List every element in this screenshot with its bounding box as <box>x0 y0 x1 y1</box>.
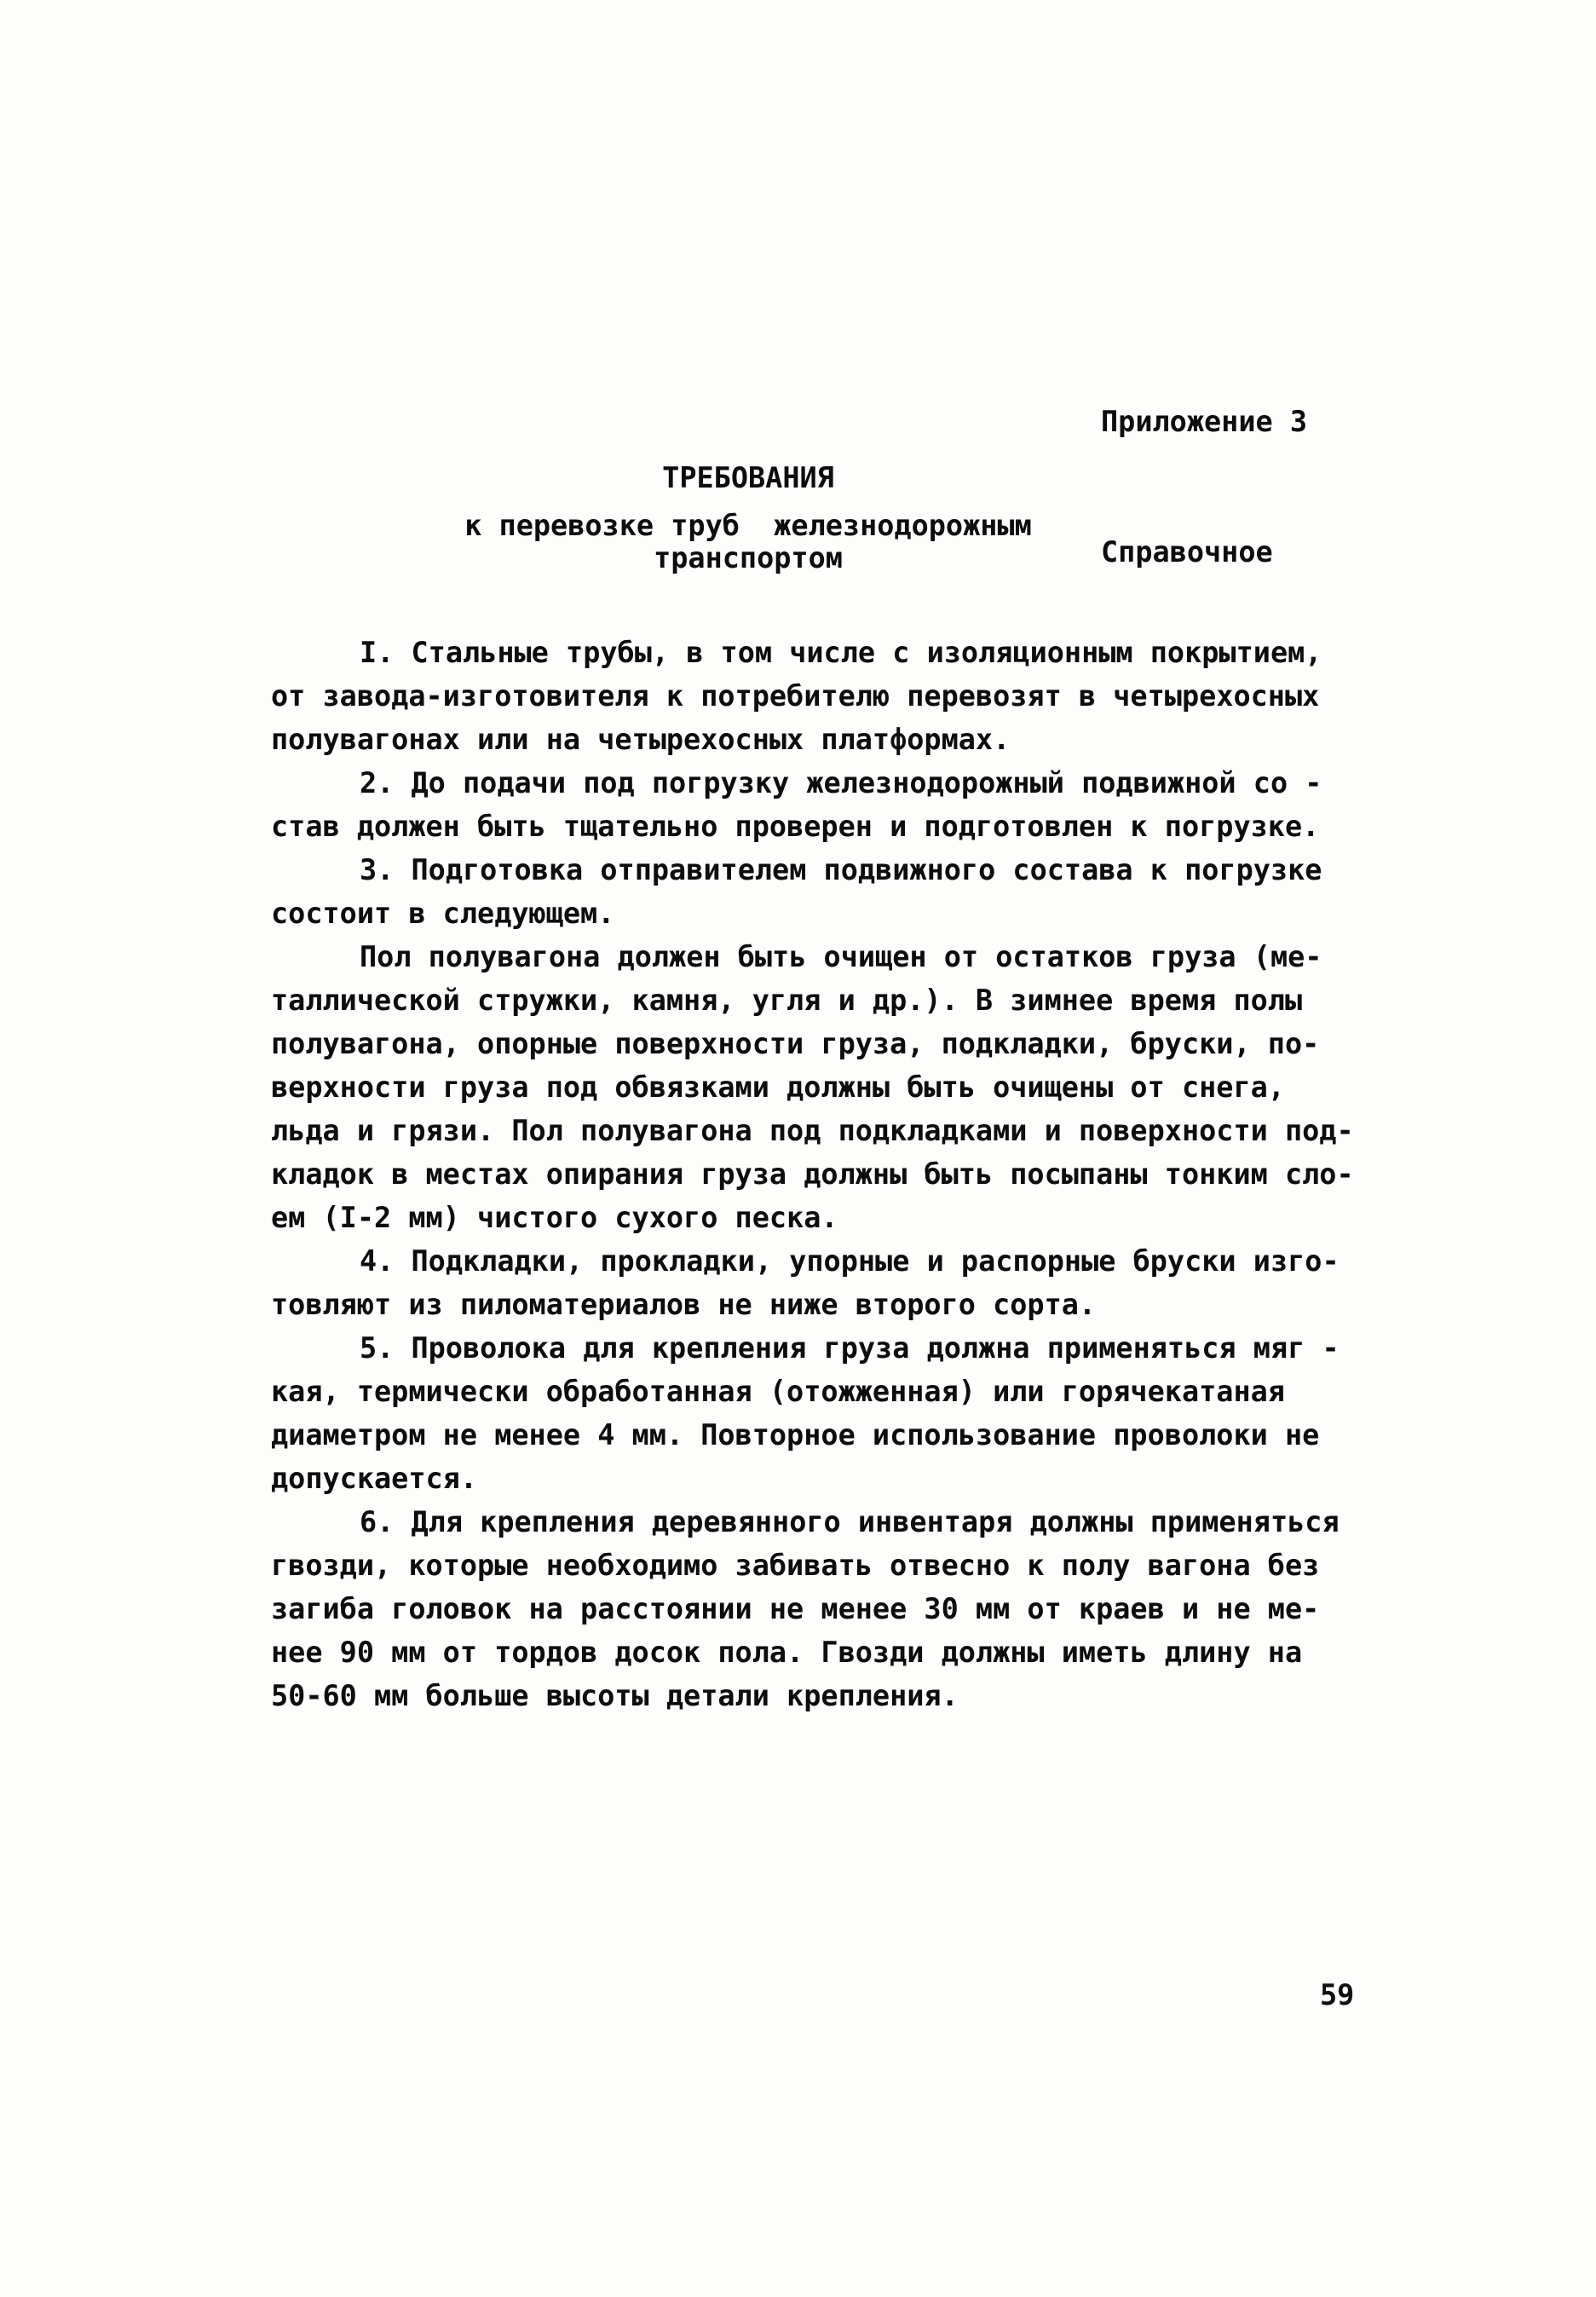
body-text: I. Стальные трубы, в том числе с изоляци… <box>271 631 1404 1717</box>
text-line: кладок в местах опирания груза должны бы… <box>271 1152 1404 1196</box>
text-line: кая, термически обработанная (отожженная… <box>271 1370 1404 1413</box>
text-line: состоит в следующем. <box>271 892 1404 935</box>
text-line: верхности груза под обвязками должны быт… <box>271 1065 1404 1109</box>
text-line: от завода-изготовителя к потребителю пер… <box>271 674 1404 718</box>
text-line: 5. Проволока для крепления груза должна … <box>271 1326 1404 1370</box>
scanned-page: Приложение 3 Справочное ТРЕБОВАНИЯ к пер… <box>0 0 1596 2297</box>
text-line: 3. Подготовка отправителем подвижного со… <box>271 848 1404 892</box>
text-line: таллической стружки, камня, угля и др.).… <box>271 978 1404 1022</box>
text-line: 4. Подкладки, прокладки, упорные и распо… <box>271 1239 1404 1283</box>
text-line: 2. До подачи под погрузку железнодорожны… <box>271 761 1404 805</box>
text-line: диаметром не менее 4 мм. Повторное испол… <box>271 1413 1404 1457</box>
document-subtitle-line-2: транспортом <box>0 541 1496 575</box>
text-line: товляют из пиломатериалов не ниже второг… <box>271 1283 1404 1326</box>
text-line: Пол полувагона должен быть очищен от ост… <box>271 935 1404 978</box>
text-line: полувагона, опорные поверхности груза, п… <box>271 1022 1404 1065</box>
document-title: ТРЕБОВАНИЯ <box>0 461 1496 495</box>
text-line: допускается. <box>271 1457 1404 1500</box>
text-line: ем (I-2 мм) чистого сухого песка. <box>271 1196 1404 1239</box>
text-line: I. Стальные трубы, в том числе с изоляци… <box>271 631 1404 674</box>
text-line: полувагонах или на четырехосных платформ… <box>271 718 1404 761</box>
document-subtitle-line-1: к перевозке труб железнодорожным <box>0 509 1496 543</box>
text-line: нее 90 мм от тордов досок пола. Гвозди д… <box>271 1630 1404 1674</box>
text-line: льда и грязи. Пол полувагона под подклад… <box>271 1109 1404 1152</box>
text-line: загиба головок на расстоянии не менее 30… <box>271 1587 1404 1630</box>
page-number: 59 <box>1320 1973 1354 2017</box>
text-line: гвозди, которые необходимо забивать отве… <box>271 1544 1404 1587</box>
text-line: став должен быть тщательно проверен и по… <box>271 805 1404 848</box>
text-line: 50-60 мм больше высоты детали крепления. <box>271 1674 1404 1717</box>
appendix-label: Приложение 3 <box>1101 400 1307 443</box>
text-line: 6. Для крепления деревянного инвентаря д… <box>271 1500 1404 1544</box>
